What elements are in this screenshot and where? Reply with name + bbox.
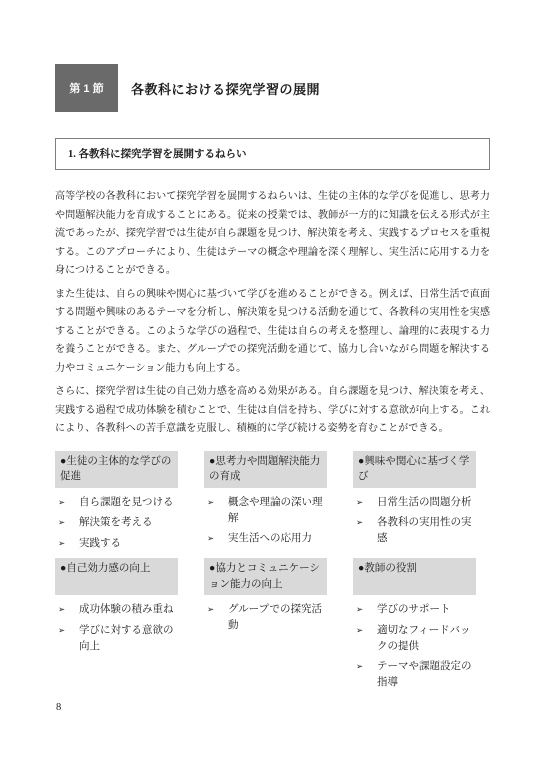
- list-item-text: 自ら課題を見つける: [79, 495, 174, 511]
- grid-header-self-efficacy: ●自己効力感の向上: [55, 558, 178, 595]
- list-item: ➢ 学びに対する意欲の向上: [55, 623, 178, 655]
- arrow-bullet-icon: ➢: [55, 515, 79, 531]
- document-page: 第 1 節 各教科における探究学習の展開 1. 各教科に探究学習を展開するねらい…: [0, 0, 536, 758]
- arrow-bullet-icon: ➢: [353, 659, 377, 691]
- arrow-bullet-icon: ➢: [353, 515, 377, 547]
- body-paragraphs: 高等学校の各教科において探究学習を展開するねらいは、生徒の主体的な学びを促進し、…: [55, 188, 490, 439]
- grid-list-thinking-skills: ➢ 概念や理論の深い理解 ➢ 実生活への応用力: [204, 488, 327, 559]
- grid-list-cooperation-communication: ➢ グループでの探究活動: [204, 595, 327, 698]
- list-item: ➢ 自ら課題を見つける: [55, 495, 178, 511]
- subsection-heading-box: 1. 各教科に探究学習を展開するねらい: [55, 138, 490, 170]
- list-item: ➢ 成功体験の積み重ね: [55, 602, 178, 618]
- list-item-text: 各教科の実用性の実感: [377, 515, 476, 547]
- list-item-text: 成功体験の積み重ね: [79, 602, 174, 618]
- list-item-text: グループでの探究活動: [228, 602, 327, 634]
- arrow-bullet-icon: ➢: [55, 495, 79, 511]
- section-header: 第 1 節 各教科における探究学習の展開: [55, 64, 490, 112]
- arrow-bullet-icon: ➢: [204, 602, 228, 634]
- grid-header-student-learning: ●生徒の主体的な学びの促進: [55, 451, 178, 488]
- section-number: 第 1 節: [69, 80, 103, 96]
- grid-list-interest-based-learning: ➢ 日常生活の問題分析 ➢ 各教科の実用性の実感: [353, 488, 476, 559]
- list-item-text: 実践する: [79, 536, 121, 552]
- list-item-text: テーマや課題設定の指導: [377, 659, 476, 691]
- list-item: ➢ グループでの探究活動: [204, 602, 327, 634]
- arrow-bullet-icon: ➢: [353, 602, 377, 618]
- list-item: ➢ 日常生活の問題分析: [353, 495, 476, 511]
- list-item-text: 学びに対する意欲の向上: [79, 623, 178, 655]
- paragraph-1: 高等学校の各教科において探究学習を展開するねらいは、生徒の主体的な学びを促進し、…: [55, 188, 490, 281]
- section-title: 各教科における探究学習の展開: [131, 79, 320, 98]
- list-item: ➢ 実践する: [55, 536, 178, 552]
- list-item: ➢ テーマや課題設定の指導: [353, 659, 476, 691]
- list-item: ➢ 学びのサポート: [353, 602, 476, 618]
- list-item-text: 解決策を考える: [79, 515, 153, 531]
- grid-header-thinking-skills: ●思考力や問題解決能力の育成: [204, 451, 327, 488]
- grid-header-interest-based-learning: ●興味や関心に基づく学び: [353, 451, 476, 488]
- grid-list-self-efficacy: ➢ 成功体験の積み重ね ➢ 学びに対する意欲の向上: [55, 595, 178, 698]
- list-item-text: 概念や理論の深い理解: [228, 495, 327, 527]
- arrow-bullet-icon: ➢: [204, 495, 228, 527]
- grid-header-teacher-role: ●教師の役割: [353, 558, 476, 595]
- paragraph-2: また生徒は、自らの興味や関心に基づいて学びを進めることができる。例えば、日常生活…: [55, 286, 490, 379]
- list-item-text: 日常生活の問題分析: [377, 495, 472, 511]
- section-number-badge: 第 1 節: [55, 64, 118, 112]
- arrow-bullet-icon: ➢: [55, 602, 79, 618]
- list-item: ➢ 実生活への応用力: [204, 531, 327, 547]
- list-item-text: 実生活への応用力: [228, 531, 312, 547]
- arrow-bullet-icon: ➢: [204, 531, 228, 547]
- arrow-bullet-icon: ➢: [55, 536, 79, 552]
- arrow-bullet-icon: ➢: [353, 623, 377, 655]
- page-number: 8: [56, 702, 61, 713]
- grid-list-teacher-role: ➢ 学びのサポート ➢ 適切なフィードバックの提供 ➢ テーマや課題設定の指導: [353, 595, 476, 698]
- list-item: ➢ 概念や理論の深い理解: [204, 495, 327, 527]
- grid-header-cooperation-communication: ●協力とコミュニケーション能力の向上: [204, 558, 327, 595]
- arrow-bullet-icon: ➢: [353, 495, 377, 511]
- summary-grid: ●生徒の主体的な学びの促進 ●思考力や問題解決能力の育成 ●興味や関心に基づく学…: [55, 451, 490, 698]
- arrow-bullet-icon: ➢: [55, 623, 79, 655]
- list-item: ➢ 各教科の実用性の実感: [353, 515, 476, 547]
- list-item-text: 学びのサポート: [377, 602, 451, 618]
- paragraph-3: さらに、探究学習は生徒の自己効力感を高める効果がある。自ら課題を見つけ、解決策を…: [55, 383, 490, 439]
- list-item-text: 適切なフィードバックの提供: [377, 623, 476, 655]
- grid-list-student-learning: ➢ 自ら課題を見つける ➢ 解決策を考える ➢ 実践する: [55, 488, 178, 559]
- list-item: ➢ 解決策を考える: [55, 515, 178, 531]
- subsection-heading: 1. 各教科に探究学習を展開するねらい: [68, 149, 247, 160]
- list-item: ➢ 適切なフィードバックの提供: [353, 623, 476, 655]
